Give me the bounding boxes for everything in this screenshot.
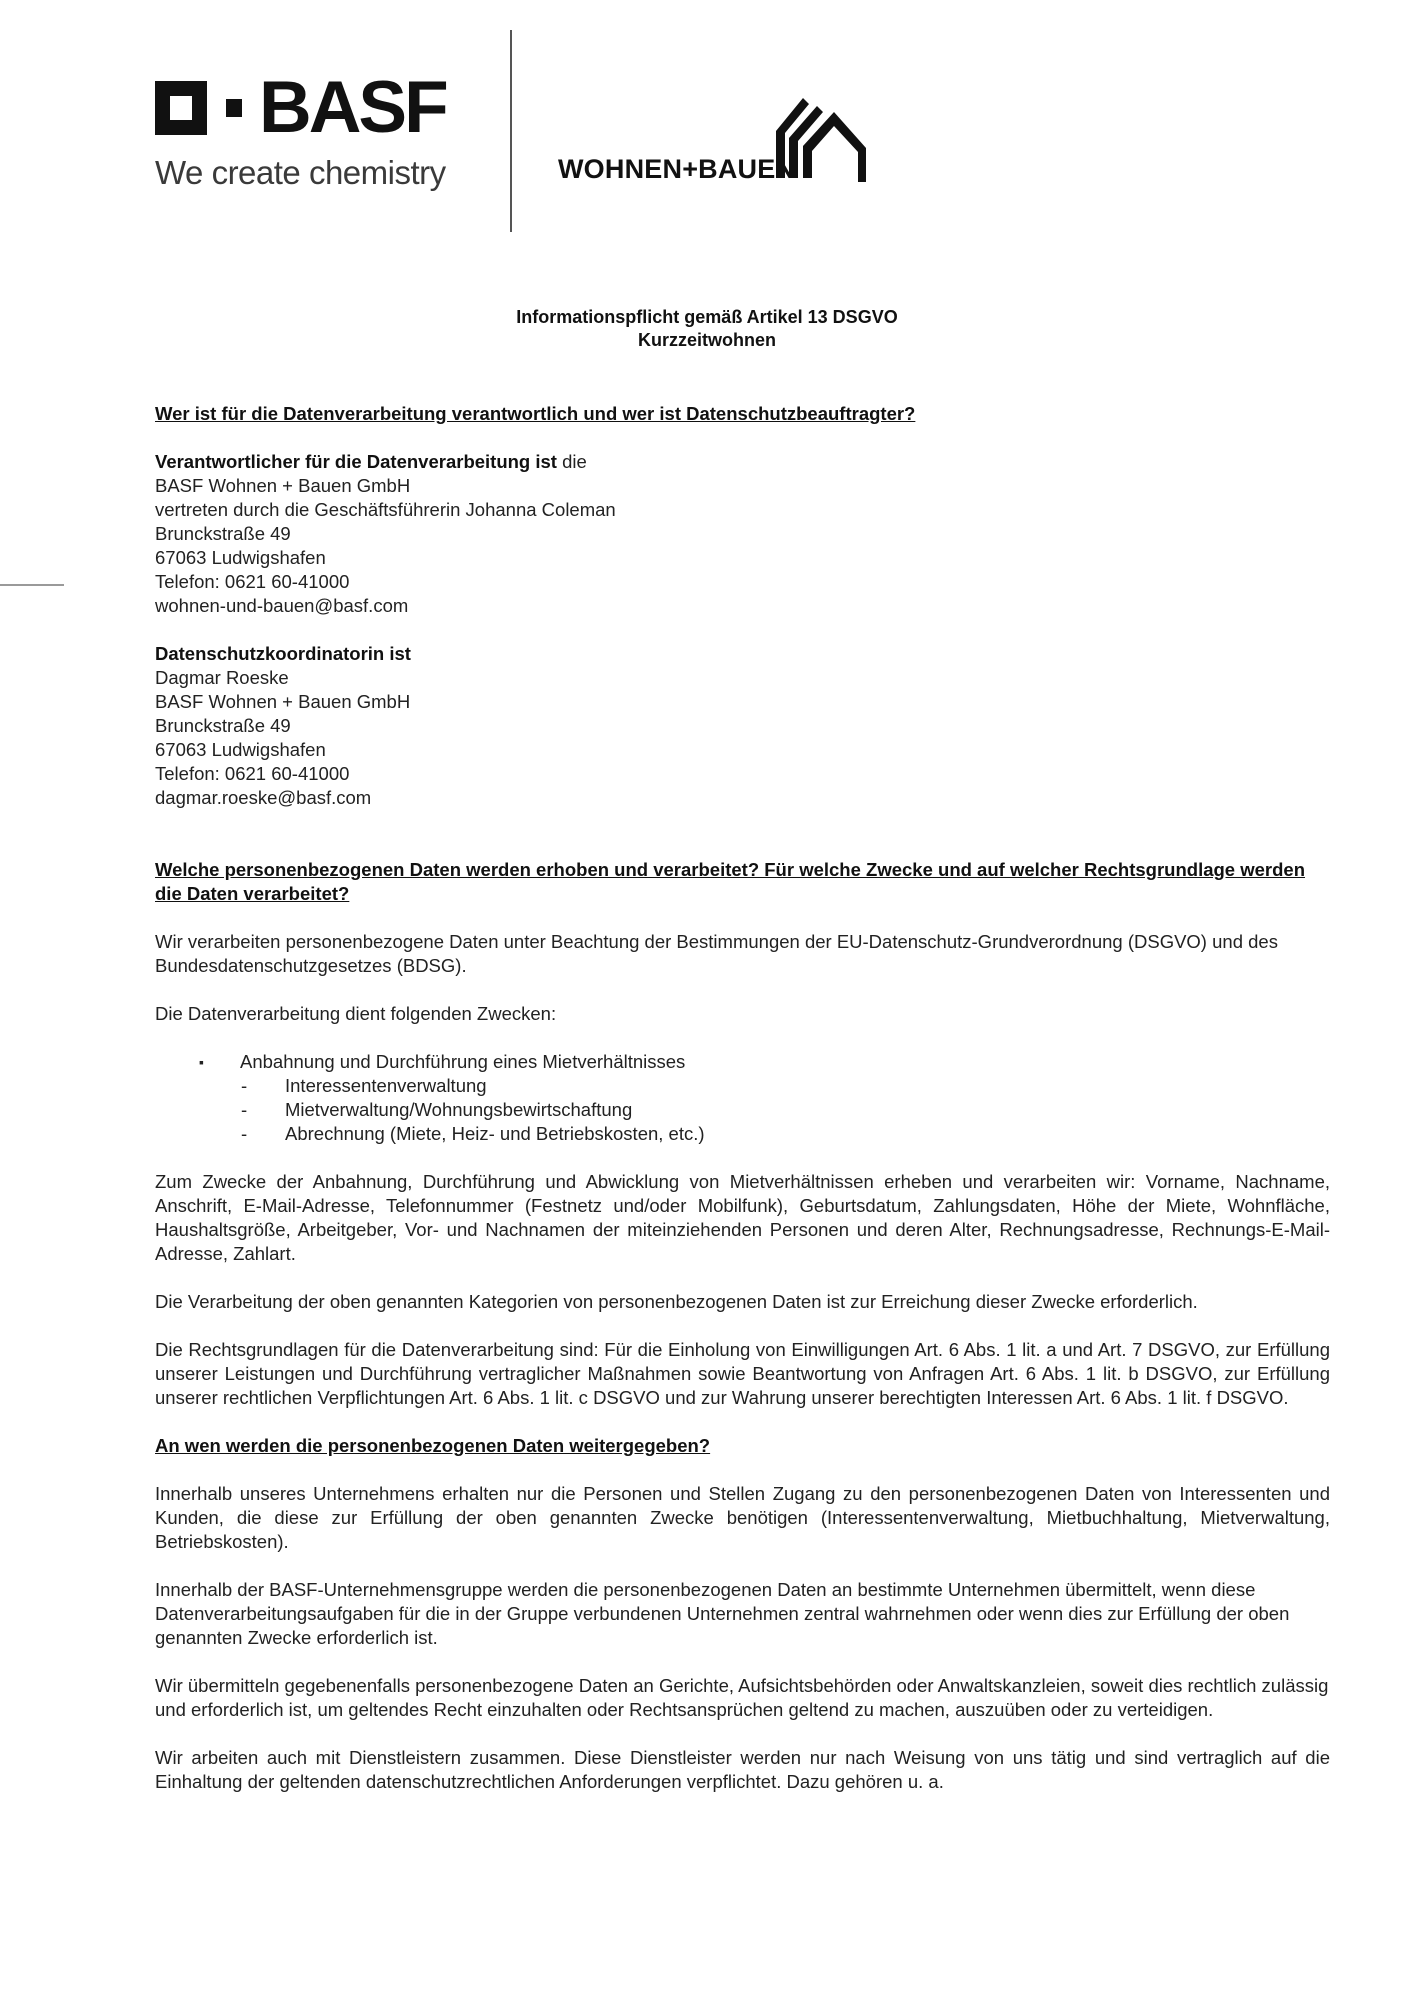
basf-wordmark: BASF	[259, 71, 446, 144]
wohnen-bauen-wordmark: WOHNEN+BAUEN	[558, 154, 795, 185]
recipients-paragraph: Innerhalb der BASF-Unternehmensgruppe we…	[155, 1578, 1330, 1650]
purposes-list: Anbahnung und Durchführung eines Mietver…	[155, 1050, 1330, 1146]
logo-divider	[510, 30, 512, 232]
basf-logo: BASF We create chemistry	[155, 80, 460, 195]
coordinator-label: Datenschutzkoordinatorin ist	[155, 642, 1330, 666]
controller-block: Verantwortlicher für die Datenverarbeitu…	[155, 450, 1330, 618]
purpose-subitems: Interessentenverwaltung Mietverwaltung/W…	[240, 1074, 1330, 1146]
legal-basis-paragraph: Die Rechtsgrundlagen für die Datenverarb…	[155, 1338, 1330, 1410]
data-categories-paragraph: Zum Zwecke der Anbahnung, Durchführung u…	[155, 1170, 1330, 1266]
recipients-paragraph: Wir arbeiten auch mit Dienstleistern zus…	[155, 1746, 1330, 1794]
purpose-subitem: Abrechnung (Miete, Heiz- und Betriebskos…	[240, 1122, 1330, 1146]
coordinator-company: BASF Wohnen + Bauen GmbH	[155, 690, 1330, 714]
wohnen-bauen-logo: WOHNEN+BAUEN	[558, 96, 868, 186]
purpose-subitem: Mietverwaltung/Wohnungsbewirtschaftung	[240, 1098, 1330, 1122]
coordinator-city: 67063 Ludwigshafen	[155, 738, 1330, 762]
document-body: Wer ist für die Datenverarbeitung verant…	[155, 402, 1330, 1794]
document-title: Informationspflicht gemäß Artikel 13 DSG…	[0, 306, 1414, 352]
coordinator-name: Dagmar Roeske	[155, 666, 1330, 690]
intro-paragraph: Wir verarbeiten personenbezogene Daten u…	[155, 930, 1330, 978]
section-heading-recipients: An wen werden die personenbezogenen Date…	[155, 1434, 1330, 1458]
section-heading-data-purposes: Welche personenbezogenen Daten werden er…	[155, 858, 1330, 906]
title-line-1: Informationspflicht gemäß Artikel 13 DSG…	[0, 306, 1414, 329]
coordinator-block: Datenschutzkoordinatorin ist Dagmar Roes…	[155, 642, 1330, 810]
controller-street: Brunckstraße 49	[155, 522, 1330, 546]
recipients-paragraph: Wir übermitteln gegebenenfalls personenb…	[155, 1674, 1330, 1722]
coordinator-email: dagmar.roeske@basf.com	[155, 786, 1330, 810]
controller-phone: Telefon: 0621 60-41000	[155, 570, 1330, 594]
basf-square-icon	[155, 80, 242, 136]
section-heading-responsible: Wer ist für die Datenverarbeitung verant…	[155, 402, 1330, 426]
controller-city: 67063 Ludwigshafen	[155, 546, 1330, 570]
purposes-lead: Die Datenverarbeitung dient folgenden Zw…	[155, 1002, 1330, 1026]
house-icon	[776, 96, 866, 182]
necessity-paragraph: Die Verarbeitung der oben genannten Kate…	[155, 1290, 1330, 1314]
controller-company: BASF Wohnen + Bauen GmbH	[155, 474, 1330, 498]
fold-mark	[0, 584, 64, 586]
basf-tagline: We create chemistry	[155, 154, 446, 192]
coordinator-street: Brunckstraße 49	[155, 714, 1330, 738]
recipients-paragraph: Innerhalb unseres Unternehmens erhalten …	[155, 1482, 1330, 1554]
purpose-subitem: Interessentenverwaltung	[240, 1074, 1330, 1098]
controller-label: Verantwortlicher für die Datenverarbeitu…	[155, 450, 1330, 474]
purpose-item: Anbahnung und Durchführung eines Mietver…	[155, 1050, 1330, 1146]
controller-email: wohnen-und-bauen@basf.com	[155, 594, 1330, 618]
controller-representative: vertreten durch die Geschäftsführerin Jo…	[155, 498, 1330, 522]
coordinator-phone: Telefon: 0621 60-41000	[155, 762, 1330, 786]
title-line-2: Kurzzeitwohnen	[0, 329, 1414, 352]
